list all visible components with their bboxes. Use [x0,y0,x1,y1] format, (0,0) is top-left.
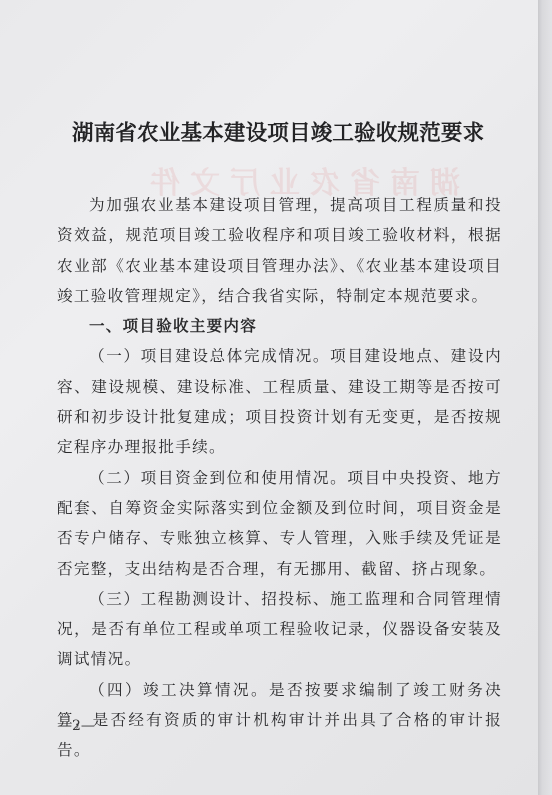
page-edge-shadow [538,0,552,795]
letterhead-bleed-through: 湖南省农业厅文件 [60,158,460,194]
intro-paragraph: 为加强农业基本建设项目管理，提高项目工程质量和投资效益，规范项目竣工验收程序和项… [57,190,502,311]
section-item-4: （四）竣工决算情况。是否按要求编制了竣工财务决算，是否经有资质的审计机构审计并出… [57,675,502,766]
document-page: 湖南省农业厅文件 湖南省农业基本建设项目竣工验收规范要求 为加强农业基本建设项目… [0,0,538,795]
section-heading: 一、项目验收主要内容 [57,311,502,341]
section-item-2: （二）项目资金到位和使用情况。项目中央投资、地方配套、自筹资金实际落实到位金额及… [57,463,502,584]
page-number: —2— [58,718,95,734]
section-item-1: （一）项目建设总体完成情况。项目建设地点、建设内容、建设规模、建设标准、工程质量… [57,341,502,462]
section-item-3: （三）工程勘测设计、招投标、施工监理和合同管理情况，是否有单位工程或单项工程验收… [57,584,502,675]
document-body: 为加强农业基本建设项目管理，提高项目工程质量和投资效益，规范项目竣工验收程序和项… [57,190,502,766]
document-title: 湖南省农业基本建设项目竣工验收规范要求 [72,116,492,147]
